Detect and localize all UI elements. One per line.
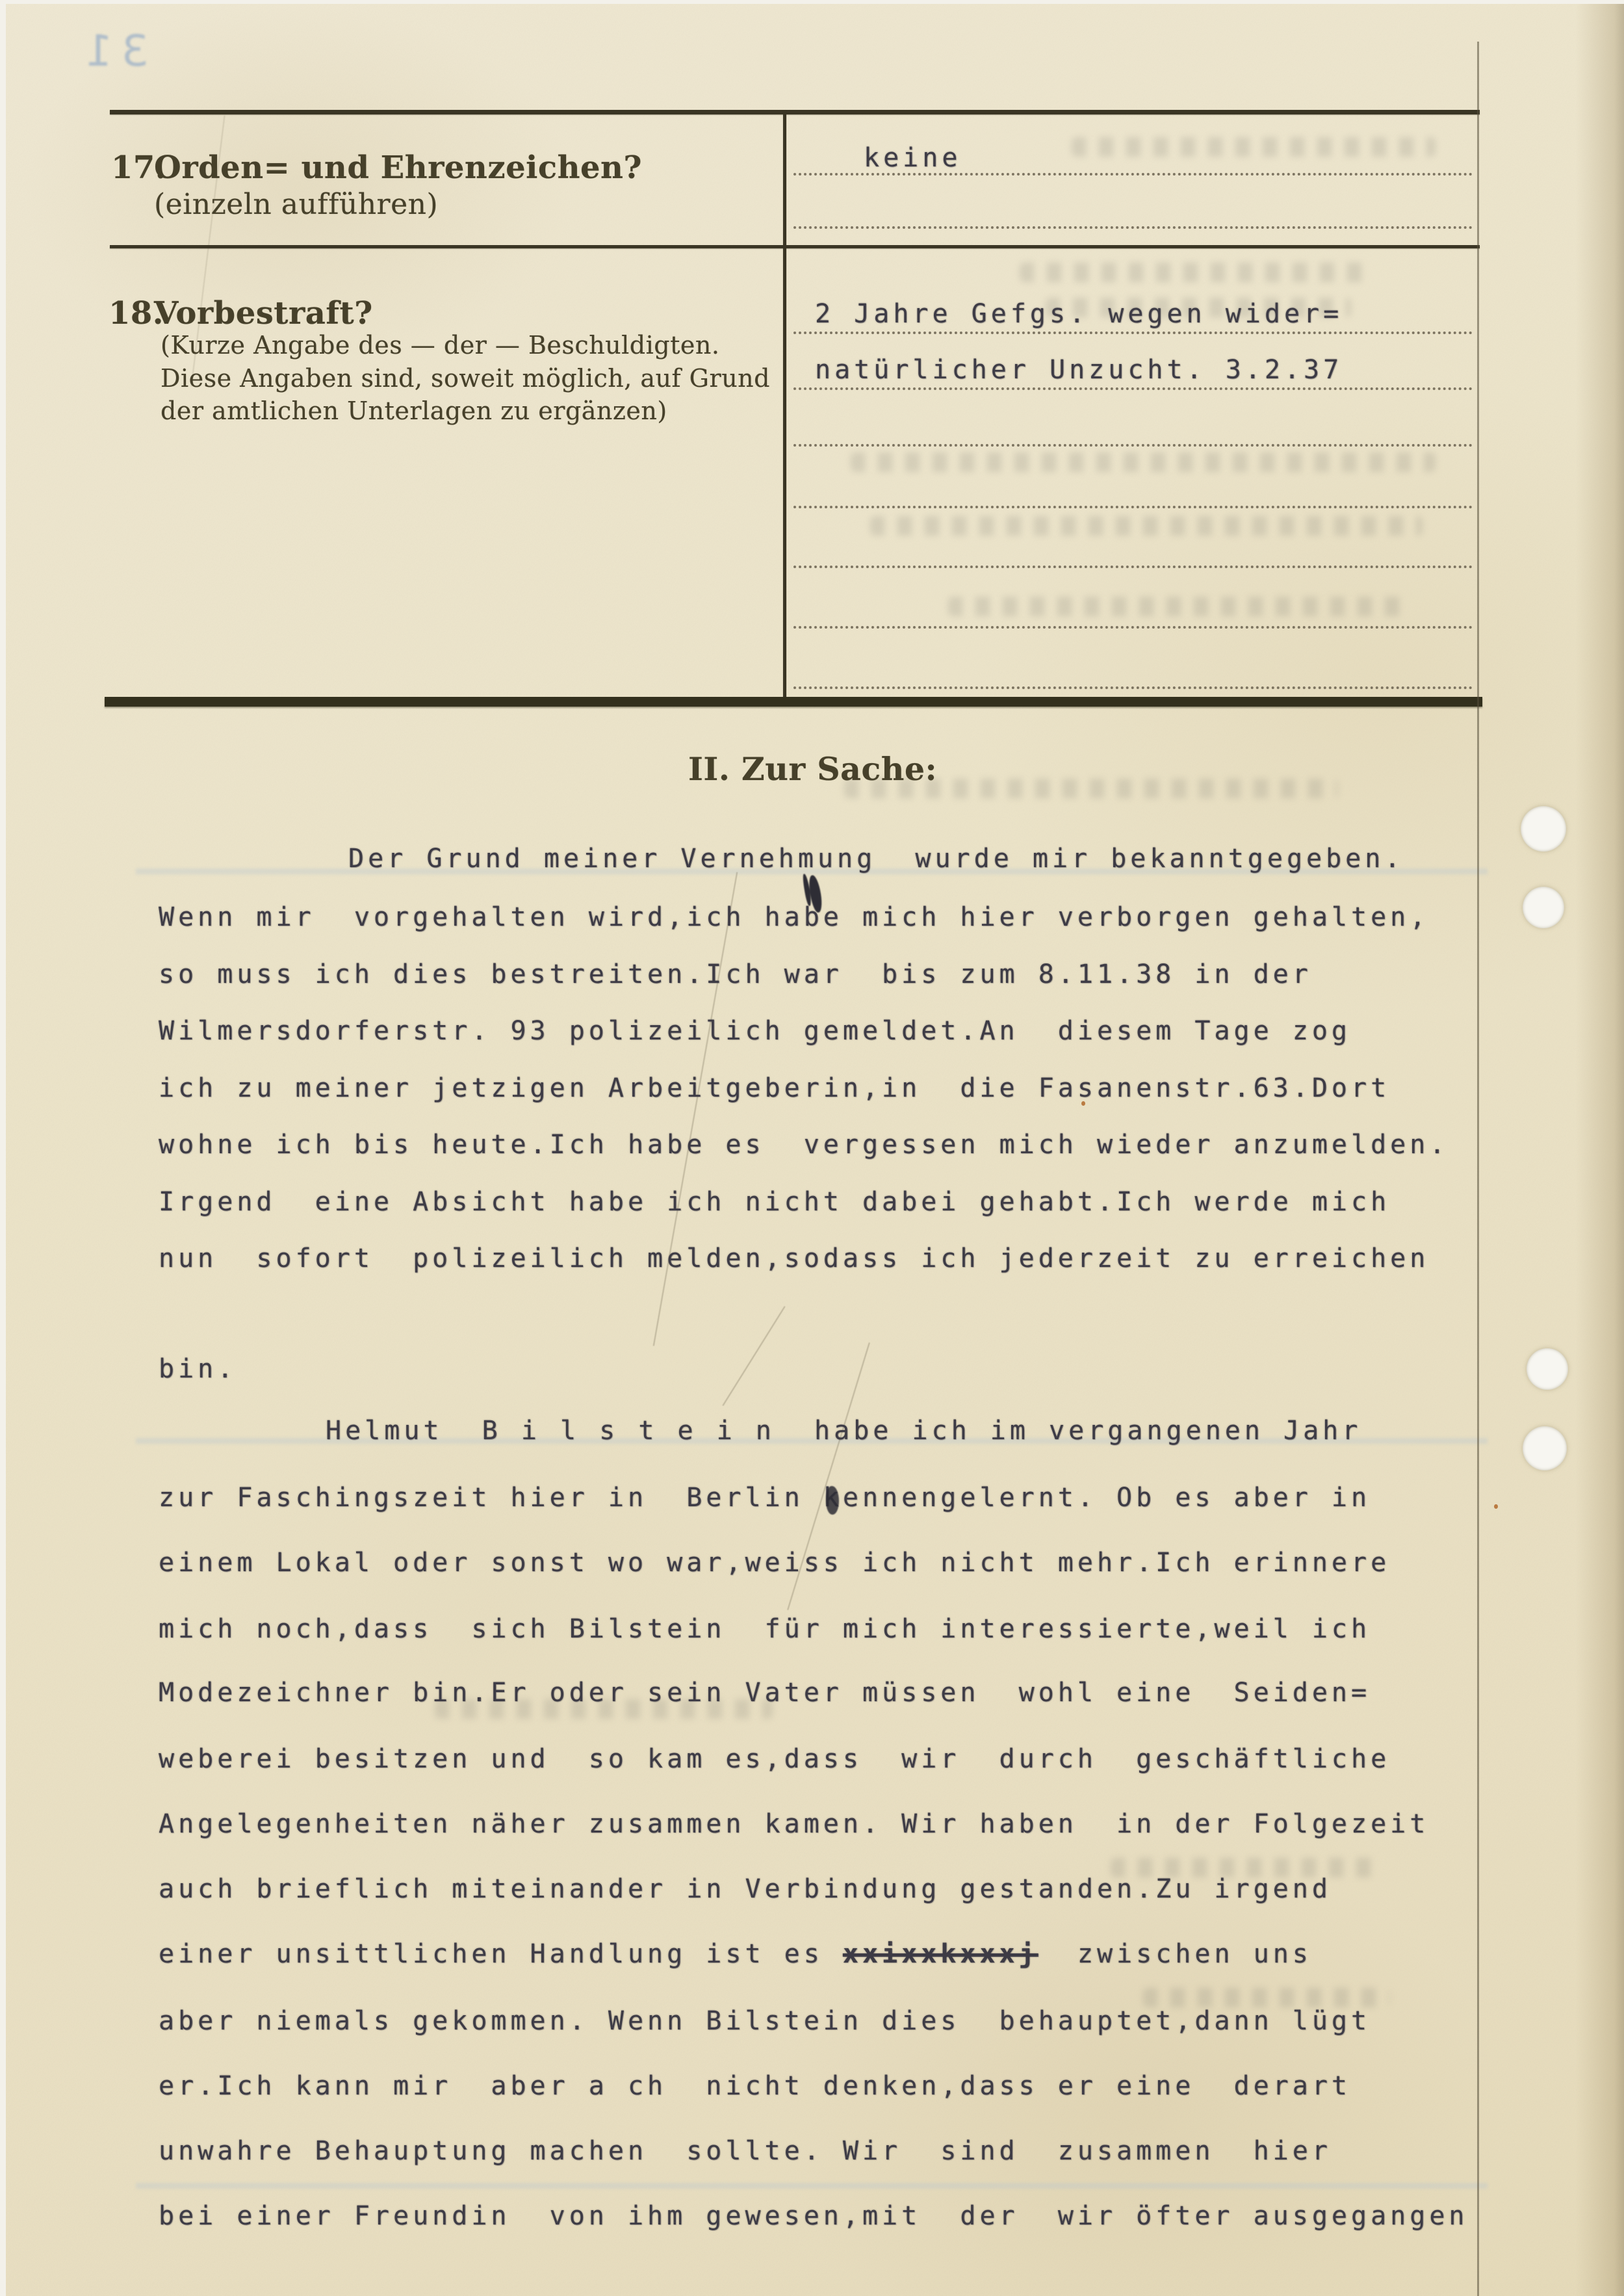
table-column-divider	[783, 110, 786, 699]
page-fold-line	[1477, 42, 1479, 2296]
answer-dotted-line	[793, 563, 1473, 568]
question-17-note: (einzeln aufführen)	[154, 188, 438, 221]
overstrike-ink-blot	[826, 1486, 839, 1515]
body-line: Helmut B i l s t e i n habe ich im verga…	[326, 1416, 1361, 1446]
question-17-label: Orden= und Ehrenzeichen?	[154, 150, 642, 186]
bleedthrough-smudge	[870, 516, 1423, 536]
scan-streak	[136, 2183, 1488, 2189]
answer-dotted-line	[793, 503, 1473, 508]
body-line: Modezeichner bin.Er oder sein Vater müss…	[159, 1678, 1371, 1708]
answer-dotted-line	[793, 224, 1473, 229]
table-top-rule	[110, 110, 1480, 114]
body-line: Wilmersdorferstr. 93 polizeilich gemelde…	[159, 1016, 1351, 1046]
body-line: bei einer Freundin von ihm gewesen,mit d…	[159, 2201, 1469, 2231]
body-line: Irgend eine Absicht habe ich nicht dabei…	[159, 1187, 1390, 1217]
body-line: er.Ich kann mir aber a ch nicht denken,d…	[159, 2071, 1351, 2101]
bleedthrough-smudge	[1143, 1988, 1390, 2007]
bleedthrough-smudge	[1020, 263, 1371, 282]
body-line: Wenn mir vorgehalten wird,ich habe mich …	[159, 902, 1429, 932]
question-18-note-line1: (Kurze Angabe des — der — Beschuldigten.	[161, 331, 719, 359]
bleedthrough-smudge	[851, 452, 1436, 472]
body-line: bin.	[159, 1354, 237, 1384]
paper-scratch	[653, 872, 738, 1346]
answer-18-line1: 2 Jahre Gefgs. wegen wider=	[815, 299, 1343, 329]
punch-hole	[1523, 1426, 1567, 1470]
body-line: zur Faschingszeit hier in Berlin kenneng…	[159, 1483, 1371, 1513]
body-line: Der Grund meiner Vernehmung wurde mir be…	[348, 844, 1404, 874]
body-line: mich noch,dass sich Bilstein für mich in…	[159, 1614, 1371, 1644]
answer-17-text: keine	[864, 143, 961, 173]
answer-dotted-line	[793, 441, 1473, 447]
question-18-note-line2: Diese Angaben sind, soweit möglich, auf …	[161, 364, 770, 393]
body-line-with-strikeout: einer unsittlichen Handlung ist es xxixx…	[159, 1939, 1312, 1969]
body-line: nun sofort polizeilich melden,sodass ich…	[159, 1244, 1429, 1273]
answer-dotted-line	[793, 684, 1473, 689]
body-line: auch brieflich miteinander in Verbindung…	[159, 1874, 1332, 1904]
body-line: einem Lokal oder sonst wo war,weiss ich …	[159, 1548, 1390, 1578]
question-18-note-line3: der amtlichen Unterlagen zu ergänzen)	[161, 397, 667, 425]
bleedthrough-smudge	[948, 597, 1403, 616]
document-page: 31 17. Orden= und Ehrenzeichen? (einzeln…	[6, 4, 1624, 2296]
body-line: weberei besitzen und so kam es,dass wir …	[159, 1744, 1390, 1774]
answer-18-line2: natürlicher Unzucht. 3.2.37	[815, 355, 1343, 385]
section-heading: II. Zur Sache:	[688, 750, 937, 788]
table-row-divider	[110, 245, 1480, 248]
question-18-label: Vorbestraft?	[154, 295, 373, 332]
paper-speck	[1494, 1504, 1498, 1509]
answer-dotted-line	[793, 385, 1473, 390]
body-line: wohne ich bis heute.Ich habe es vergesse…	[159, 1130, 1449, 1160]
punch-hole	[1521, 806, 1566, 852]
struck-out-word: xxixxkxxxj	[843, 1939, 1038, 1969]
paper-scratch	[722, 1306, 785, 1406]
handwritten-page-number: 31	[76, 26, 149, 76]
answer-dotted-line	[793, 329, 1473, 334]
body-line: ich zu meiner jetzigen Arbeitgeberin,in …	[159, 1073, 1390, 1103]
section-divider-rule	[105, 697, 1482, 707]
answer-dotted-line	[793, 623, 1473, 629]
scanned-document: { "marginalia": { "page_number_bleedthro…	[0, 0, 1624, 2296]
strike-line-post: zwischen uns	[1038, 1939, 1312, 1969]
punch-hole	[1523, 887, 1564, 928]
body-line: Angelegenheiten näher zusammen kamen. Wi…	[159, 1809, 1429, 1839]
strike-line-pre: einer unsittlichen Handlung ist es	[159, 1939, 843, 1969]
body-line: aber niemals gekommen. Wenn Bilstein die…	[159, 2006, 1371, 2036]
body-line: so muss ich dies bestreiten.Ich war bis …	[159, 959, 1312, 989]
body-line: unwahre Behauptung machen sollte. Wir si…	[159, 2136, 1332, 2166]
punch-hole	[1527, 1348, 1568, 1390]
bleedthrough-smudge	[1072, 137, 1436, 157]
